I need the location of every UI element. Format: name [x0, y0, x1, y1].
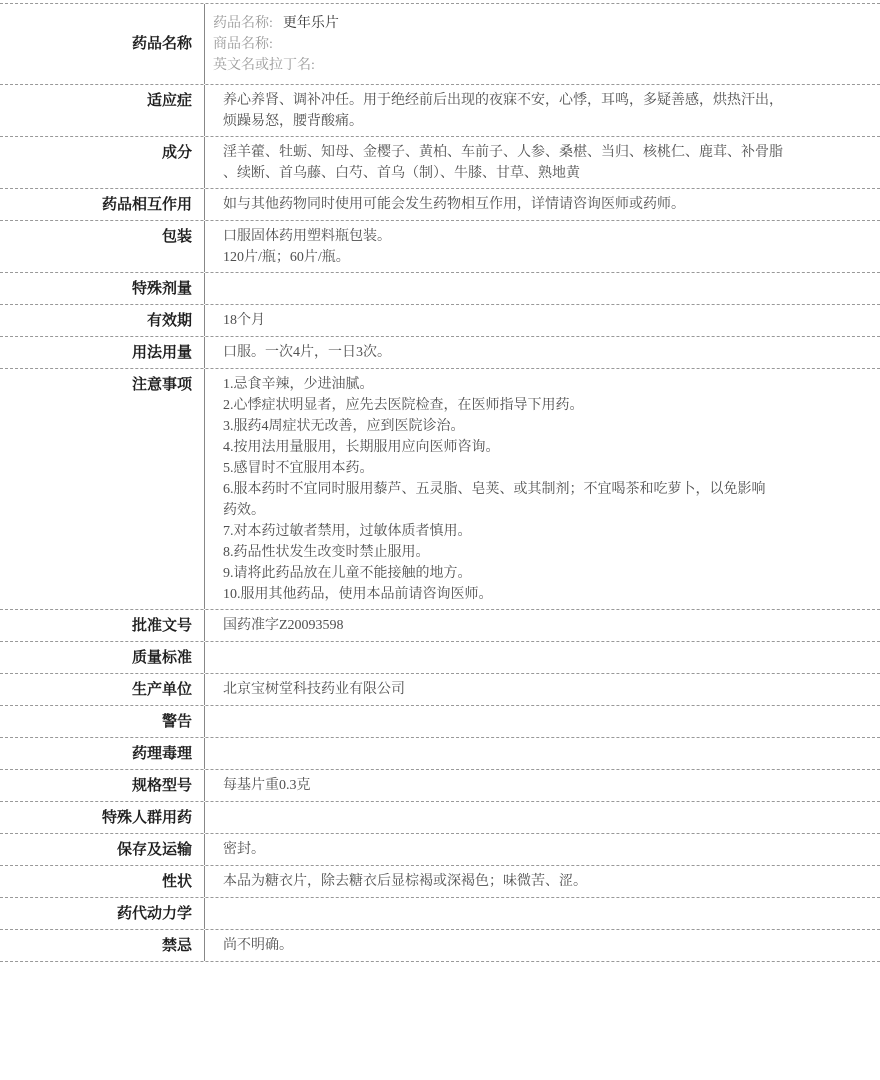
content-line: 18个月	[223, 310, 870, 331]
info-table-rows: 适应症 养心养肾、调补冲任。用于绝经前后出现的夜寐不安，心悸，耳鸣，多疑善感，烘…	[0, 84, 880, 962]
table-row: 适应症 养心养肾、调补冲任。用于绝经前后出现的夜寐不安，心悸，耳鸣，多疑善感，烘…	[0, 84, 880, 136]
row-label: 适应症	[0, 85, 205, 136]
content-line: 北京宝树堂科技药业有限公司	[223, 679, 870, 700]
table-row: 用法用量 口服。一次4片，一日3次。	[0, 336, 880, 368]
field-label: 英文名或拉丁名:	[213, 58, 315, 73]
row-label: 药代动力学	[0, 898, 205, 929]
drug-info-table: 药品名称 药品名称:更年乐片 商品名称: 英文名或拉丁名: 适应症 养心养肾、调…	[0, 3, 880, 962]
content-line: 国药准字Z20093598	[223, 615, 870, 636]
row-label: 特殊人群用药	[0, 802, 205, 833]
english-name-field: 英文名或拉丁名:	[213, 55, 870, 76]
row-content: 北京宝树堂科技药业有限公司	[205, 674, 880, 705]
table-row: 质量标准	[0, 641, 880, 673]
table-row: 有效期 18个月	[0, 304, 880, 336]
row-content: 1.忌食辛辣，少进油腻。2.心悸症状明显者，应先去医院检查，在医师指导下用药。3…	[205, 369, 880, 609]
row-label: 用法用量	[0, 337, 205, 368]
field-label: 商品名称:	[213, 37, 273, 52]
content-line: 7.对本药过敏者禁用，过敏体质者慎用。	[223, 521, 870, 542]
row-label: 注意事项	[0, 369, 205, 609]
content-line: 10.服用其他药品，使用本品前请咨询医师。	[223, 584, 870, 605]
content-line: 、续断、首乌藤、白芍、首乌（制）、牛膝、甘草、熟地黄	[223, 163, 870, 184]
table-row: 警告	[0, 705, 880, 737]
row-content: 本品为糖衣片，除去糖衣后显棕褐或深褐色；味微苦、涩。	[205, 866, 880, 897]
row-label: 成分	[0, 137, 205, 188]
field-label: 药品名称:	[213, 16, 273, 31]
table-row: 特殊人群用药	[0, 801, 880, 833]
drug-info-page: 药品名称 药品名称:更年乐片 商品名称: 英文名或拉丁名: 适应症 养心养肾、调…	[0, 0, 880, 1080]
row-label: 规格型号	[0, 770, 205, 801]
content-line: 密封。	[223, 839, 870, 860]
row-label: 保存及运输	[0, 834, 205, 865]
content-line: 如与其他药物同时使用可能会发生药物相互作用，详情请咨询医师或药师。	[223, 194, 870, 215]
row-label: 性状	[0, 866, 205, 897]
row-content	[205, 642, 880, 673]
row-content: 18个月	[205, 305, 880, 336]
row-content	[205, 898, 880, 929]
table-row: 保存及运输 密封。	[0, 833, 880, 865]
content-line: 2.心悸症状明显者，应先去医院检查，在医师指导下用药。	[223, 395, 870, 416]
row-label: 有效期	[0, 305, 205, 336]
content-line: 口服。一次4片，一日3次。	[223, 342, 870, 363]
content-line: 口服固体药用塑料瓶包装。	[223, 226, 870, 247]
table-row-drug-name: 药品名称 药品名称:更年乐片 商品名称: 英文名或拉丁名:	[0, 3, 880, 84]
content-line: 5.感冒时不宜服用本药。	[223, 458, 870, 479]
row-label: 特殊剂量	[0, 273, 205, 304]
table-row: 性状 本品为糖衣片，除去糖衣后显棕褐或深褐色；味微苦、涩。	[0, 865, 880, 897]
table-row: 规格型号 每基片重0.3克	[0, 769, 880, 801]
table-row: 成分 淫羊藿、牡蛎、知母、金樱子、黄柏、车前子、人参、桑椹、当归、核桃仁、鹿茸、…	[0, 136, 880, 188]
row-content	[205, 273, 880, 304]
trade-name-field: 商品名称:	[213, 34, 870, 55]
row-content: 如与其他药物同时使用可能会发生药物相互作用，详情请咨询医师或药师。	[205, 189, 880, 220]
row-label: 药品名称	[0, 4, 205, 84]
table-row: 药理毒理	[0, 737, 880, 769]
field-value: 更年乐片	[283, 16, 339, 31]
content-line: 4.按用法用量服用，长期服用应向医师咨询。	[223, 437, 870, 458]
row-content	[205, 802, 880, 833]
content-line: 6.服本药时不宜同时服用藜芦、五灵脂、皂荚、或其制剂；不宜喝茶和吃萝卜，以免影响	[223, 479, 870, 500]
content-line: 烦躁易怒，腰背酸痛。	[223, 111, 870, 132]
content-line: 120片/瓶；60片/瓶。	[223, 247, 870, 268]
row-content	[205, 738, 880, 769]
content-line: 尚不明确。	[223, 935, 870, 956]
content-line: 3.服药4周症状无改善，应到医院诊治。	[223, 416, 870, 437]
row-label: 质量标准	[0, 642, 205, 673]
content-line: 1.忌食辛辣，少进油腻。	[223, 374, 870, 395]
row-label: 批准文号	[0, 610, 205, 641]
row-content: 口服。一次4片，一日3次。	[205, 337, 880, 368]
row-content: 每基片重0.3克	[205, 770, 880, 801]
content-line: 药效。	[223, 500, 870, 521]
drug-name-field: 药品名称:更年乐片	[213, 13, 870, 34]
table-row: 包装 口服固体药用塑料瓶包装。120片/瓶；60片/瓶。	[0, 220, 880, 272]
row-content: 尚不明确。	[205, 930, 880, 961]
row-label: 包装	[0, 221, 205, 272]
content-line: 8.药品性状发生改变时禁止服用。	[223, 542, 870, 563]
row-label: 药理毒理	[0, 738, 205, 769]
row-content: 养心养肾、调补冲任。用于绝经前后出现的夜寐不安，心悸，耳鸣，多疑善感，烘热汗出，…	[205, 85, 880, 136]
content-line: 淫羊藿、牡蛎、知母、金樱子、黄柏、车前子、人参、桑椹、当归、核桃仁、鹿茸、补骨脂	[223, 142, 870, 163]
row-content: 国药准字Z20093598	[205, 610, 880, 641]
table-row: 批准文号 国药准字Z20093598	[0, 609, 880, 641]
row-label: 警告	[0, 706, 205, 737]
table-row: 药品相互作用 如与其他药物同时使用可能会发生药物相互作用，详情请咨询医师或药师。	[0, 188, 880, 220]
content-line: 9.请将此药品放在儿童不能接触的地方。	[223, 563, 870, 584]
table-row: 禁忌 尚不明确。	[0, 929, 880, 962]
row-label: 生产单位	[0, 674, 205, 705]
row-content: 药品名称:更年乐片 商品名称: 英文名或拉丁名:	[205, 4, 880, 84]
table-row: 生产单位 北京宝树堂科技药业有限公司	[0, 673, 880, 705]
row-content: 淫羊藿、牡蛎、知母、金樱子、黄柏、车前子、人参、桑椹、当归、核桃仁、鹿茸、补骨脂…	[205, 137, 880, 188]
row-label: 禁忌	[0, 930, 205, 961]
content-line: 养心养肾、调补冲任。用于绝经前后出现的夜寐不安，心悸，耳鸣，多疑善感，烘热汗出，	[223, 90, 870, 111]
row-content: 密封。	[205, 834, 880, 865]
content-line: 每基片重0.3克	[223, 775, 870, 796]
table-row: 药代动力学	[0, 897, 880, 929]
table-row: 注意事项 1.忌食辛辣，少进油腻。2.心悸症状明显者，应先去医院检查，在医师指导…	[0, 368, 880, 609]
row-label: 药品相互作用	[0, 189, 205, 220]
table-row: 特殊剂量	[0, 272, 880, 304]
row-content	[205, 706, 880, 737]
row-content: 口服固体药用塑料瓶包装。120片/瓶；60片/瓶。	[205, 221, 880, 272]
content-line: 本品为糖衣片，除去糖衣后显棕褐或深褐色；味微苦、涩。	[223, 871, 870, 892]
